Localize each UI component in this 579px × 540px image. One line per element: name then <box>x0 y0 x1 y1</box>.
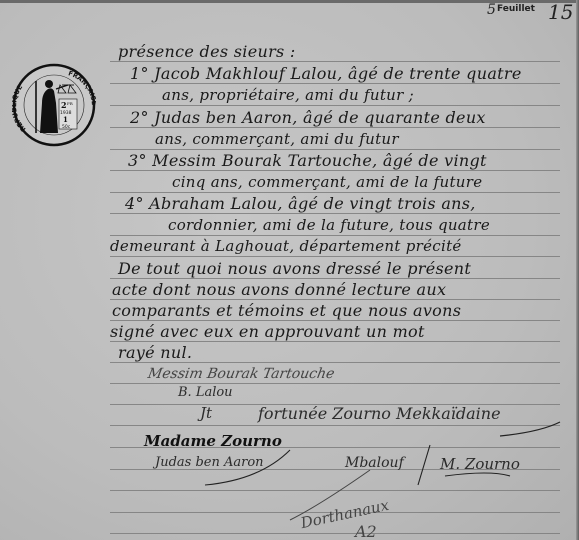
folio-number: 15 <box>548 0 573 24</box>
body-line: 4° Abraham Lalou, âgé de vingt trois ans… <box>125 194 476 213</box>
body-line: De tout quoi nous avons dressé le présen… <box>118 259 471 278</box>
body-line: ans, commerçant, ami du futur <box>155 130 399 148</box>
svg-text:FR: FR <box>67 101 74 106</box>
ruled-line <box>110 425 560 426</box>
body-line: acte dont nous avons donné lecture aux <box>112 280 446 299</box>
ruled-line <box>110 127 560 128</box>
ruled-line <box>110 256 560 257</box>
body-line: demeurant à Laghouat, département précit… <box>110 237 462 255</box>
ruled-line <box>110 490 560 491</box>
body-line: cinq ans, commerçant, ami de la future <box>172 173 482 191</box>
signature-fortunee-zourno-mekkaidaine: fortunée Zourno Mekkaïdaine <box>258 404 501 423</box>
body-line: 1° Jacob Makhlouf Lalou, âgé de trente q… <box>130 64 522 83</box>
ruled-line <box>110 149 560 150</box>
body-line: cordonnier, ami de la future, tous quatr… <box>168 216 490 234</box>
signature-makhlouf-lalou: Mbalouf <box>345 455 404 471</box>
svg-text:1: 1 <box>63 115 68 124</box>
signature-initial: Jt <box>200 404 212 422</box>
ruled-line <box>110 83 560 84</box>
body-line: rayé nul. <box>118 343 192 362</box>
body-line: présence des sieurs : <box>118 42 296 61</box>
body-line: signé avec eux en approuvant un mot <box>110 322 425 341</box>
folio-label: Feuillet <box>497 4 535 14</box>
ruled-line <box>110 213 560 214</box>
ruled-line <box>110 383 560 384</box>
ruled-line <box>110 170 560 171</box>
svg-text:2: 2 <box>61 100 67 110</box>
signature-m-zourno: M. Zourno <box>440 455 520 473</box>
ruled-line <box>110 320 560 321</box>
fiscal-stamp-seal: REPUBLIQUE FRANÇAISE 2 FR 1938 1 50c <box>12 63 96 147</box>
ruled-line <box>110 61 560 62</box>
ruled-line <box>110 192 560 193</box>
signature-b-lalou: B. Lalou <box>178 385 233 400</box>
body-line: 3° Messim Bourak Tartouche, âgé de vingt <box>128 151 487 170</box>
folio-mark: 5 <box>487 2 496 18</box>
body-line: comparants et témoins et que nous avons <box>112 301 461 320</box>
signature-judas-ben-aaron: Judas ben Aaron <box>155 455 264 470</box>
signature-madame-zourno: Madame Zourno <box>144 432 282 450</box>
body-line: 2° Judas ben Aaron, âgé de quarante deux <box>130 108 486 127</box>
ruled-line <box>110 235 560 236</box>
ruled-line <box>110 299 560 300</box>
ruled-line <box>110 362 560 363</box>
ruled-line <box>110 105 560 106</box>
signature-messim-bourak-tartouche: Messim Bourak Tartouche <box>147 366 336 382</box>
svg-text:50c: 50c <box>62 124 71 130</box>
body-line: ans, propriétaire, ami du futur ; <box>162 86 414 104</box>
ruled-line <box>110 341 560 342</box>
signature-officer-mark: A2 <box>355 522 377 540</box>
ruled-line <box>110 533 560 534</box>
register-page: 5 Feuillet 15 REPUBLIQUE FRANÇAISE 2 FR … <box>0 0 579 540</box>
ruled-line <box>110 278 560 279</box>
